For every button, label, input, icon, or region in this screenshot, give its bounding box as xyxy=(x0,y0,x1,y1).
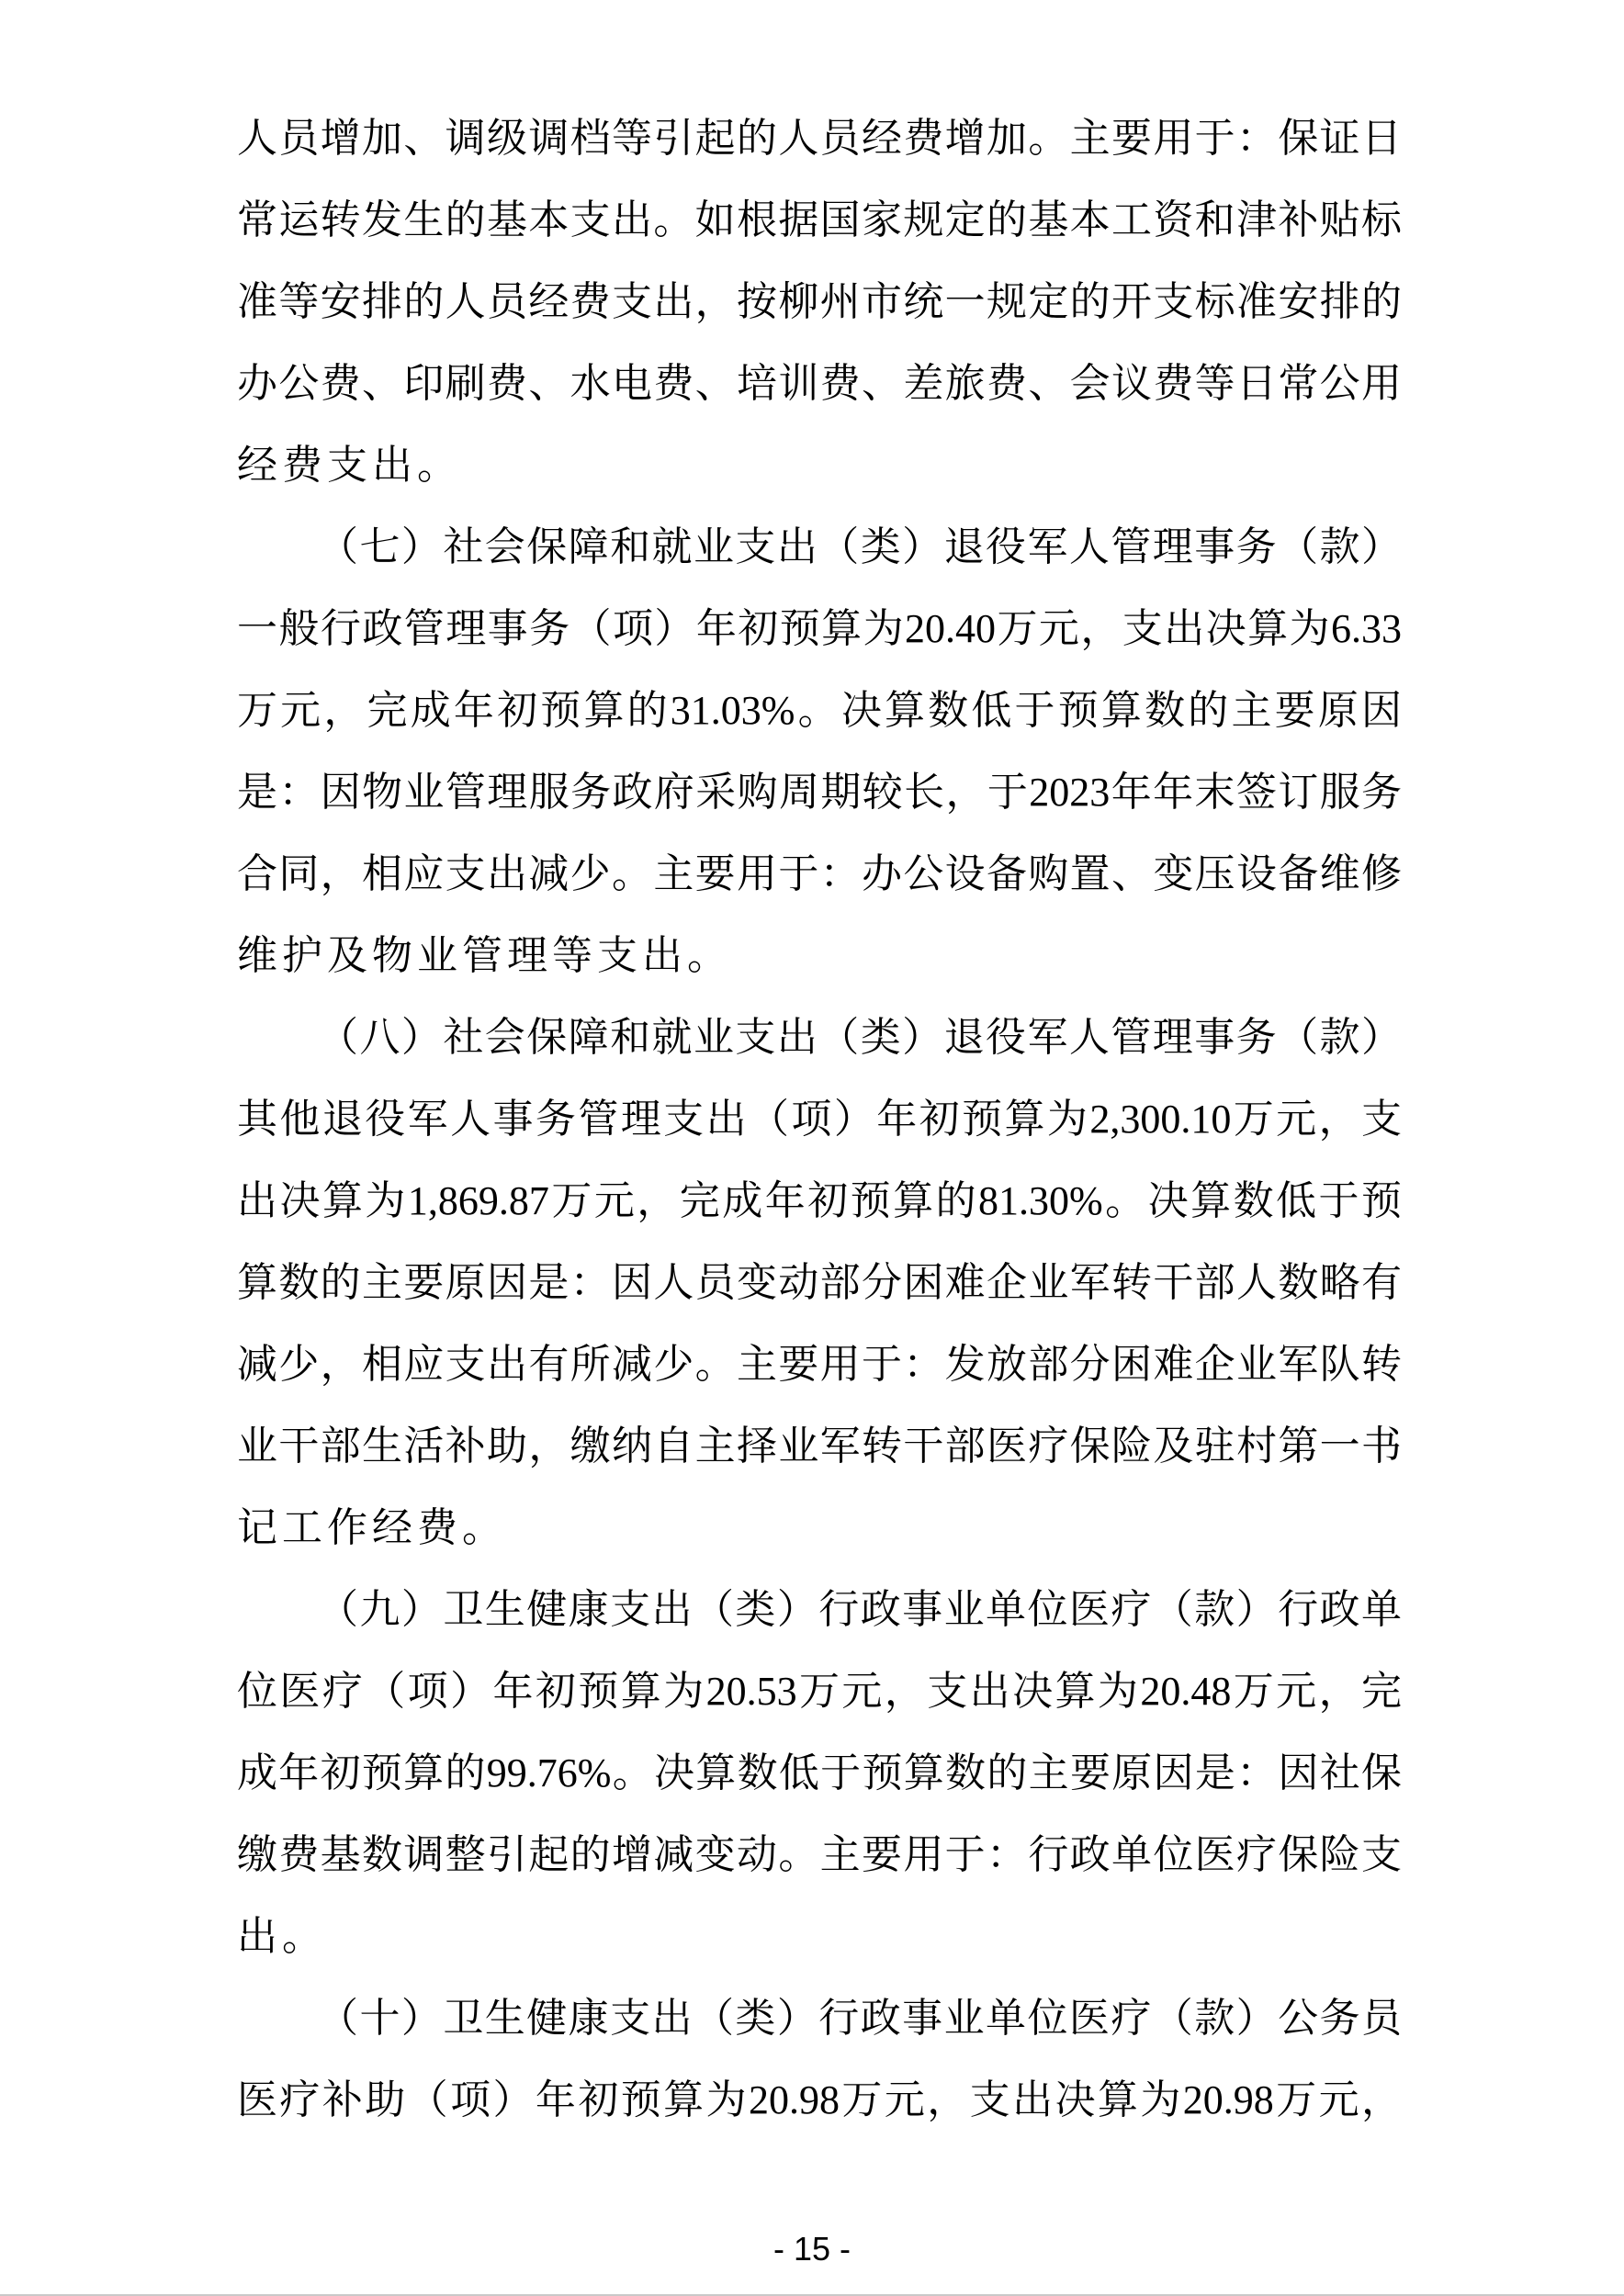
document-body: 人员增加、调级调档等引起的人员经费增加。主要用于：保证日常运转发生的基本支出。如… xyxy=(237,97,1402,2141)
page-number: - 15 - xyxy=(0,2230,1624,2268)
text-line: 业干部生活补助，缴纳自主择业军转干部医疗保险及驻村第一书 xyxy=(237,1405,1402,1487)
text-line: （八）社会保障和就业支出（类）退役军人管理事务（款） xyxy=(237,996,1402,1078)
text-line: 成年初预算的99.76%。决算数低于预算数的主要原因是：因社保 xyxy=(237,1732,1402,1814)
text-line: 经费支出。 xyxy=(237,424,1402,506)
text-line: 是：因物业管理服务政府采购周期较长，于2023年年末签订服务 xyxy=(237,751,1402,833)
text-line: 位医疗（项）年初预算为20.53万元，支出决算为20.48万元，完 xyxy=(237,1650,1402,1732)
text-line: 维护及物业管理等支出。 xyxy=(237,915,1402,996)
text-line: 一般行政管理事务（项）年初预算为20.40万元，支出决算为6.33 xyxy=(237,588,1402,670)
text-line: （九）卫生健康支出（类）行政事业单位医疗（款）行政单 xyxy=(237,1569,1402,1650)
text-line: 其他退役军人事务管理支出（项）年初预算为2,300.10万元，支 xyxy=(237,1078,1402,1160)
text-line: 万元，完成年初预算的31.03%。决算数低于预算数的主要原因 xyxy=(237,670,1402,751)
document-page: 人员增加、调级调档等引起的人员经费增加。主要用于：保证日常运转发生的基本支出。如… xyxy=(0,0,1624,2296)
text-line: 办公费、印刷费、水电费、培训费、差旅费、会议费等日常公用 xyxy=(237,343,1402,424)
text-line: 常运转发生的基本支出。如根据国家规定的基本工资和津补贴标 xyxy=(237,179,1402,261)
text-line: 减少，相应支出有所减少。主要用于：发放部分困难企业军队转 xyxy=(237,1323,1402,1405)
text-line: 出决算为1,869.87万元，完成年初预算的81.30%。决算数低于预 xyxy=(237,1160,1402,1242)
text-line: 出。 xyxy=(237,1896,1402,1977)
text-line: （七）社会保障和就业支出（类）退役军人管理事务（款） xyxy=(237,506,1402,588)
text-line: 缴费基数调整引起的增减变动。主要用于：行政单位医疗保险支 xyxy=(237,1814,1402,1896)
text-line: 人员增加、调级调档等引起的人员经费增加。主要用于：保证日 xyxy=(237,97,1402,179)
text-line: 合同，相应支出减少。主要用于：办公设备购置、变压设备维修 xyxy=(237,833,1402,915)
text-line: （十）卫生健康支出（类）行政事业单位医疗（款）公务员 xyxy=(237,1977,1402,2059)
text-line: 医疗补助（项）年初预算为20.98万元，支出决算为20.98万元， xyxy=(237,2059,1402,2141)
text-line: 准等安排的人员经费支出，按柳州市统一规定的开支标准安排的 xyxy=(237,261,1402,343)
text-line: 算数的主要原因是：因人员变动部分困难企业军转干部人数略有 xyxy=(237,1242,1402,1323)
text-line: 记工作经费。 xyxy=(237,1487,1402,1569)
